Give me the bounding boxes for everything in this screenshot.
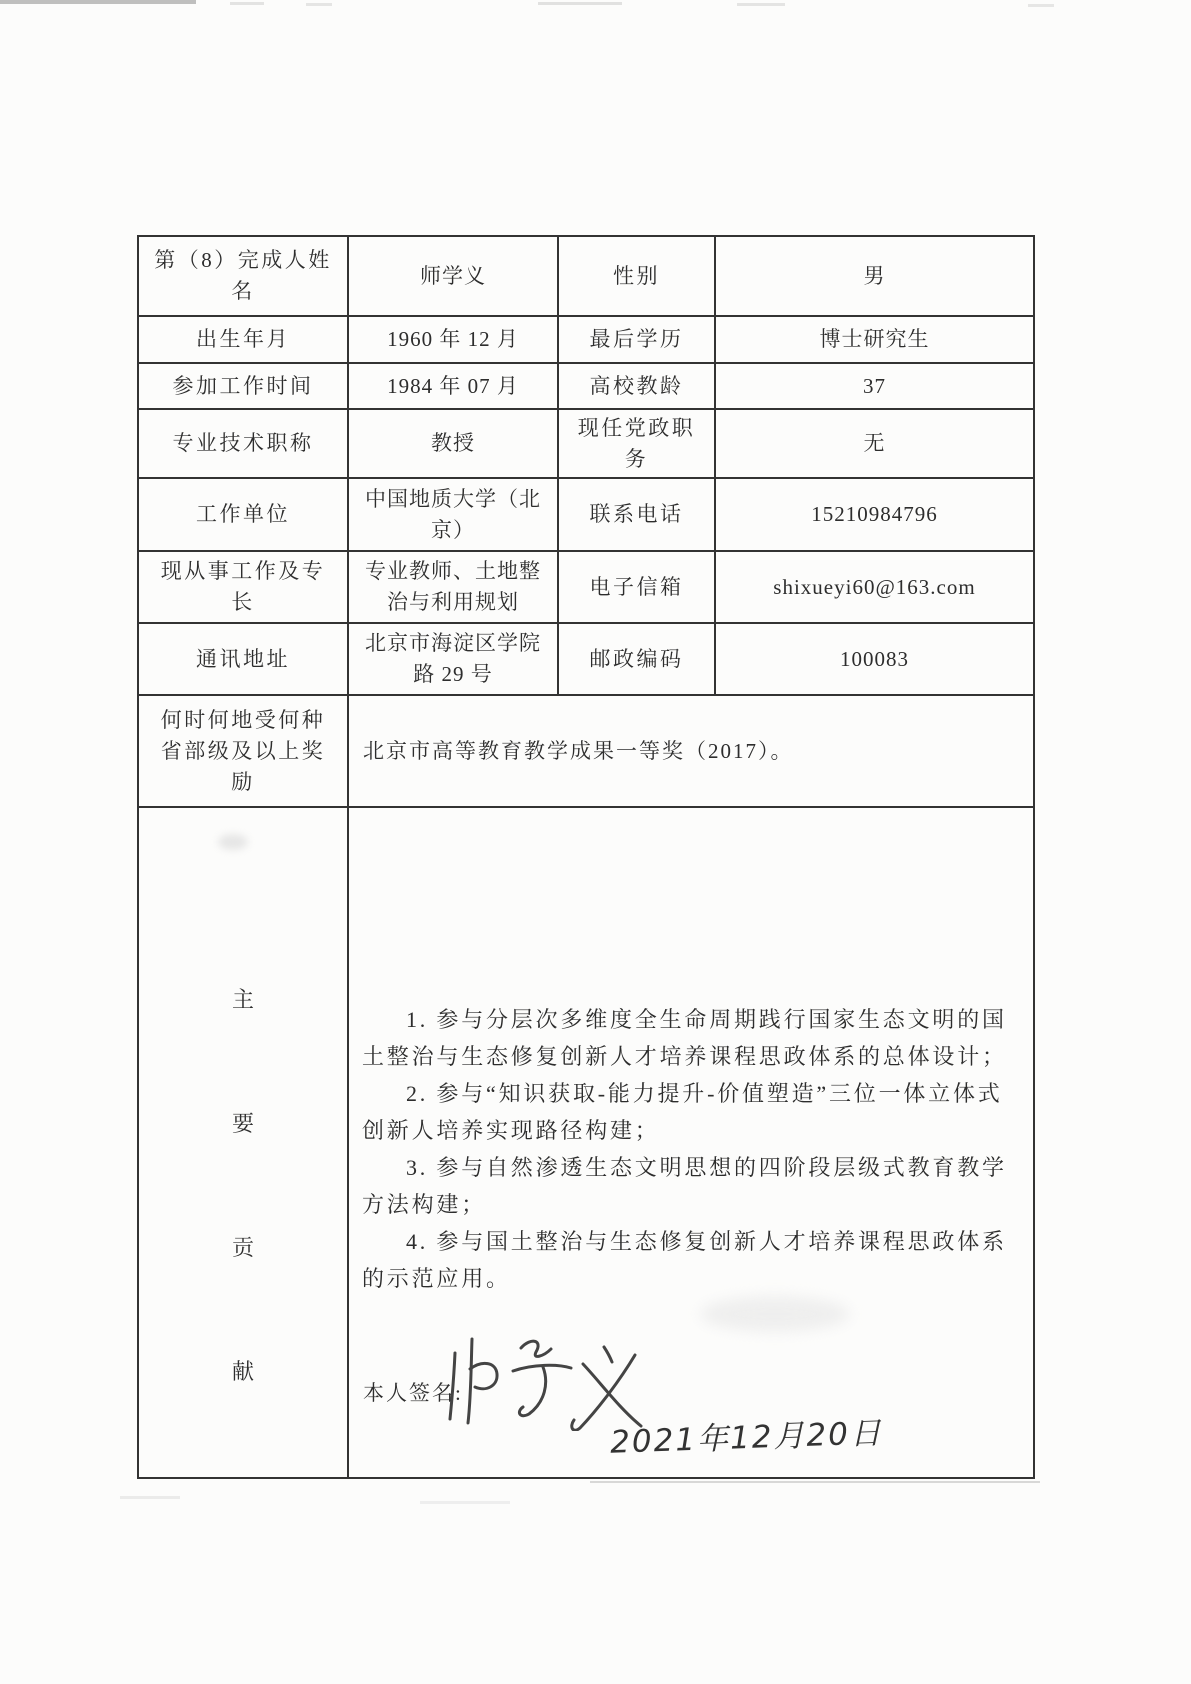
- scanned-form-page: 第（8）完成人姓名 师学义 性别 男 出生年月 1960 年 12 月 最后学历…: [0, 0, 1191, 1684]
- last-degree-value: 博士研究生: [715, 316, 1034, 363]
- contributions-label: 主 要 贡 献: [138, 807, 348, 1478]
- contributions-label-char: 主: [232, 983, 254, 1014]
- email-label: 电子信箱: [558, 551, 715, 623]
- party-post-value: 无: [715, 409, 1034, 478]
- table-row: 出生年月 1960 年 12 月 最后学历 博士研究生: [138, 316, 1034, 363]
- table-row: 主 要 贡 献 1. 参与分层次多维度全生命周期践行国家生态文明的国土整治与生态…: [138, 807, 1034, 1478]
- phone-value: 15210984796: [715, 478, 1034, 551]
- scan-edge-artifact: [737, 3, 785, 6]
- teaching-years-value: 37: [715, 363, 1034, 409]
- scan-edge-artifact: [538, 2, 622, 5]
- postal-code-label: 邮政编码: [558, 623, 715, 695]
- table-row: 参加工作时间 1984 年 07 月 高校教龄 37: [138, 363, 1034, 409]
- work-start-label: 参加工作时间: [138, 363, 348, 409]
- birth-date-label: 出生年月: [138, 316, 348, 363]
- scan-edge-artifact: [1028, 4, 1054, 7]
- contributions-label-char: 要: [232, 1107, 254, 1138]
- phone-label: 联系电话: [558, 478, 715, 551]
- scan-edge-artifact: [230, 2, 264, 5]
- contribution-item: 2. 参与“知识获取-能力提升-价值塑造”三位一体立体式创新人培养实现路径构建；: [362, 1075, 1020, 1149]
- scan-edge-artifact: [0, 0, 196, 4]
- awards-label: 何时何地受何种省部级及以上奖励: [138, 695, 348, 807]
- work-unit-value: 中国地质大学（北京）: [348, 478, 558, 551]
- contributions-label-char: 贡: [232, 1231, 254, 1262]
- work-unit-label: 工作单位: [138, 478, 348, 551]
- scan-edge-artifact: [306, 3, 332, 6]
- scan-smudge: [120, 1496, 180, 1499]
- work-start-value: 1984 年 07 月: [348, 363, 558, 409]
- party-post-label: 现任党政职务: [558, 409, 715, 478]
- current-work-label: 现从事工作及专长: [138, 551, 348, 623]
- address-label: 通讯地址: [138, 623, 348, 695]
- contribution-item: 4. 参与国土整治与生态修复创新人才培养课程思政体系的示范应用。: [362, 1223, 1020, 1297]
- email-value: shixueyi60@163.com: [715, 551, 1034, 623]
- scan-smudge: [420, 1501, 510, 1504]
- birth-date-value: 1960 年 12 月: [348, 316, 558, 363]
- teaching-years-label: 高校教龄: [558, 363, 715, 409]
- contributions-label-char: 献: [232, 1355, 254, 1386]
- current-work-value: 专业教师、土地整治与利用规划: [348, 551, 558, 623]
- personal-info-table: 第（8）完成人姓名 师学义 性别 男 出生年月 1960 年 12 月 最后学历…: [137, 235, 1035, 1479]
- table-row: 第（8）完成人姓名 师学义 性别 男: [138, 236, 1034, 316]
- address-value: 北京市海淀区学院路 29 号: [348, 623, 558, 695]
- last-degree-label: 最后学历: [558, 316, 715, 363]
- professional-title-value: 教授: [348, 409, 558, 478]
- gender-label: 性别: [558, 236, 715, 316]
- awards-value: 北京市高等教育教学成果一等奖（2017）。: [348, 695, 1034, 807]
- contributions-content: 1. 参与分层次多维度全生命周期践行国家生态文明的国土整治与生态修复创新人才培养…: [348, 807, 1034, 1478]
- table-row: 现从事工作及专长 专业教师、土地整治与利用规划 电子信箱 shixueyi60@…: [138, 551, 1034, 623]
- postal-code-value: 100083: [715, 623, 1034, 695]
- handwritten-date: 2021年12月20日: [610, 1407, 884, 1461]
- contribution-item: 3. 参与自然渗透生态文明思想的四阶段层级式教育教学方法构建；: [362, 1149, 1020, 1223]
- contribution-item: 1. 参与分层次多维度全生命周期践行国家生态文明的国土整治与生态修复创新人才培养…: [362, 1001, 1020, 1075]
- table-row: 工作单位 中国地质大学（北京） 联系电话 15210984796: [138, 478, 1034, 551]
- table-row: 通讯地址 北京市海淀区学院路 29 号 邮政编码 100083: [138, 623, 1034, 695]
- completer-name-label: 第（8）完成人姓名: [138, 236, 348, 316]
- table-row: 专业技术职称 教授 现任党政职务 无: [138, 409, 1034, 478]
- scan-shadow-line: [590, 1481, 1040, 1483]
- table-row: 何时何地受何种省部级及以上奖励 北京市高等教育教学成果一等奖（2017）。: [138, 695, 1034, 807]
- gender-value: 男: [715, 236, 1034, 316]
- completer-name-value: 师学义: [348, 236, 558, 316]
- professional-title-label: 专业技术职称: [138, 409, 348, 478]
